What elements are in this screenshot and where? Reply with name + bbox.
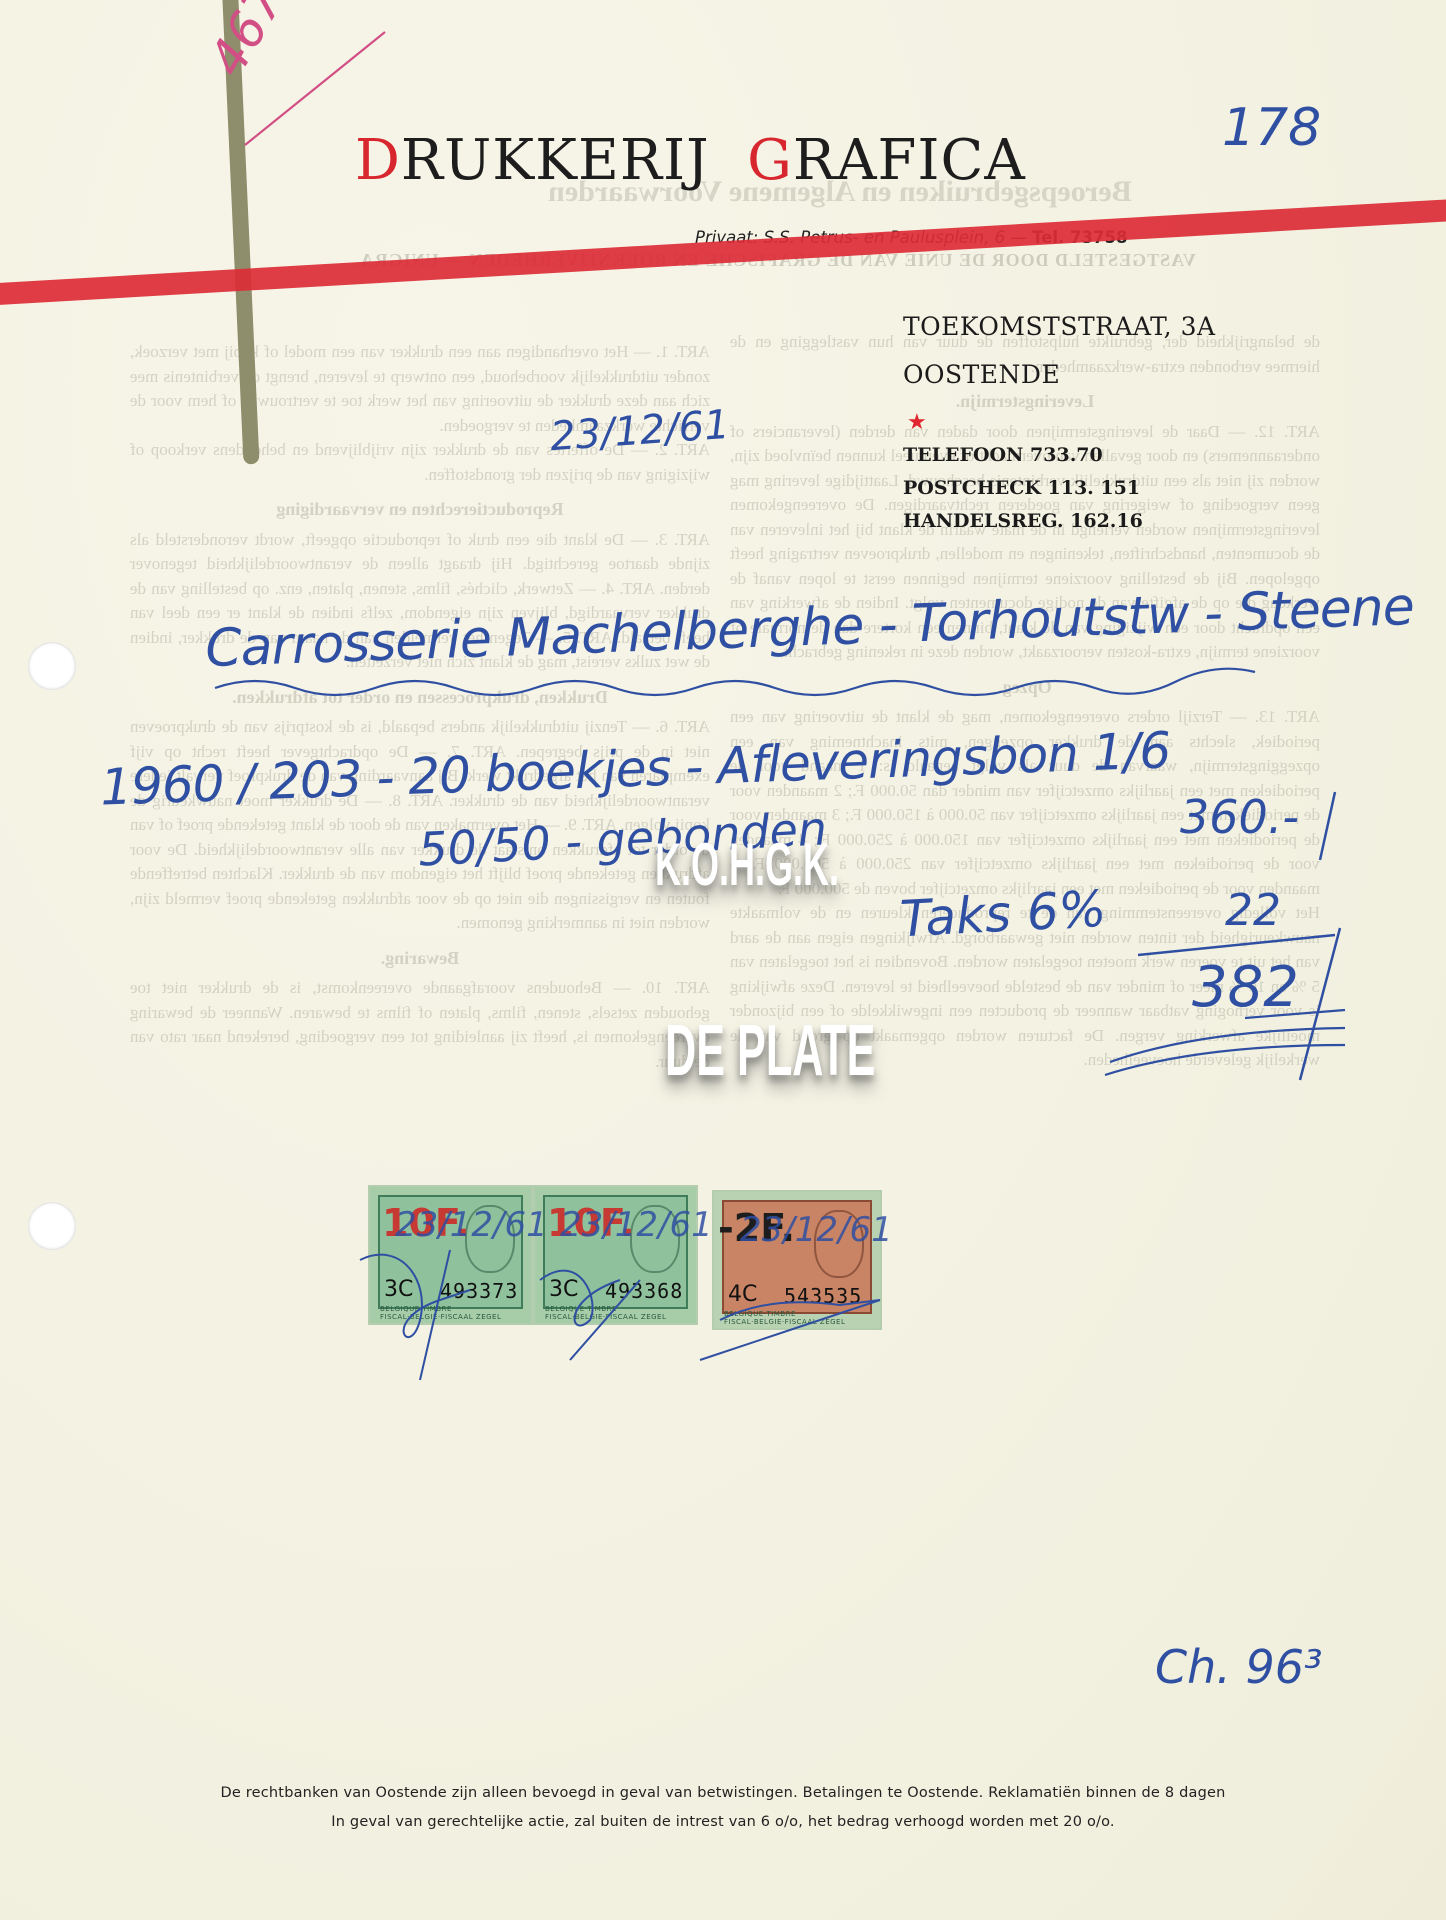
punch-hole-top (28, 642, 76, 690)
footer-terms-line2: In geval van gerechtelijke actie, zal bu… (0, 1814, 1446, 1830)
initials-annotation: Ch. 96³ (1155, 1640, 1323, 1694)
footer-terms-line1: De rechtbanken van Oostende zijn alleen … (0, 1785, 1446, 1801)
punch-hole-bottom (28, 1202, 76, 1250)
stamp-signature-strokes (0, 0, 1446, 1920)
